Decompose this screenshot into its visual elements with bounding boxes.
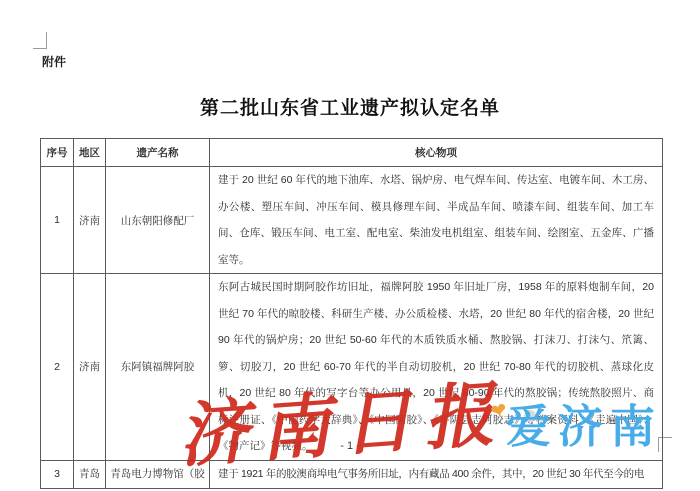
- serial-cell: 2: [41, 274, 74, 461]
- margin-mark-top-left-icon: [33, 32, 47, 49]
- region-cell: 济南: [74, 274, 106, 461]
- table-row: 3 青岛 青岛电力博物馆（胶澳 建于 1921 年的胶澳商埠电气事务所旧址，内有…: [41, 460, 663, 488]
- heritage-name-cell: 东阿镇福牌阿胶: [106, 274, 210, 461]
- serial-text: 3: [41, 461, 73, 488]
- core-items-text: 建于 1921 年的胶澳商埠电气事务所旧址，内有藏品 400 余件，其中，20 …: [218, 461, 654, 488]
- col-header-core-items: 核心物项: [210, 139, 663, 167]
- heritage-name-cell: 山东朝阳修配厂: [106, 167, 210, 274]
- heritage-name-text: 青岛电力博物馆（胶澳: [108, 461, 207, 488]
- attachment-label: 附件: [42, 53, 66, 70]
- heritage-table: 序号 地区 遗产名称 核心物项 1 济南 山东朝阳修配厂 建于 20 世纪 60…: [40, 138, 663, 489]
- region-text: 青岛: [74, 461, 105, 488]
- col-header-name: 遗产名称: [106, 139, 210, 167]
- col-header-region: 地区: [74, 139, 106, 167]
- page-title: 第二批山东省工业遗产拟认定名单: [0, 93, 700, 120]
- heritage-name-cell: 青岛电力博物馆（胶澳: [106, 460, 210, 488]
- table-row: 2 济南 东阿镇福牌阿胶 东阿古城民国时期阿胶作坊旧址，福牌阿胶 1950 年旧…: [41, 274, 663, 461]
- serial-cell: 3: [41, 460, 74, 488]
- col-header-serial: 序号: [41, 139, 74, 167]
- core-items-cell: 建于 1921 年的胶澳商埠电气事务所旧址，内有藏品 400 余件，其中，20 …: [210, 460, 663, 488]
- region-cell: 青岛: [74, 460, 106, 488]
- page-number: - 1 -: [0, 440, 700, 452]
- table-header-row: 序号 地区 遗产名称 核心物项: [41, 139, 663, 167]
- table-row: 1 济南 山东朝阳修配厂 建于 20 世纪 60 年代的地下油库、水塔、锅炉房、…: [41, 167, 663, 274]
- core-items-cell: 东阿古城民国时期阿胶作坊旧址，福牌阿胶 1950 年旧址厂房，1958 年的原料…: [210, 274, 663, 461]
- core-items-cell: 建于 20 世纪 60 年代的地下油库、水塔、锅炉房、电气焊车间、传达室、电镀车…: [210, 167, 663, 274]
- region-cell: 济南: [74, 167, 106, 274]
- document-page: 附件 第二批山东省工业遗产拟认定名单 序号 地区 遗产名称 核心物项 1 济南 …: [0, 0, 700, 491]
- serial-cell: 1: [41, 167, 74, 274]
